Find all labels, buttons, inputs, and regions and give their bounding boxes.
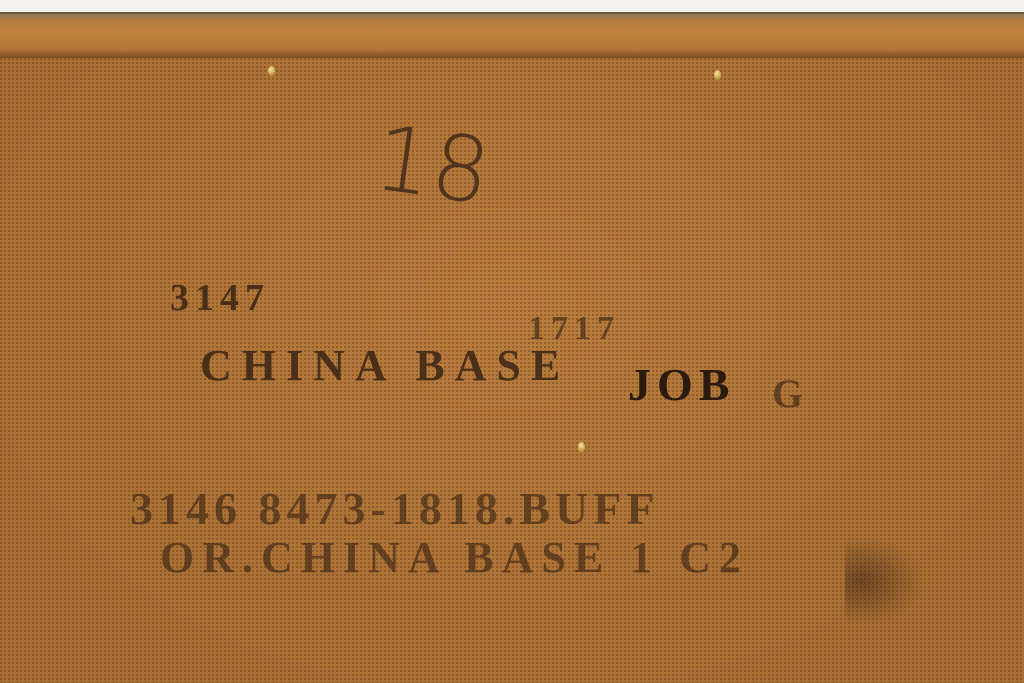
brass-nail — [714, 70, 721, 80]
stencil-lower-line2: OR.CHINA BASE 1 C2 — [160, 532, 749, 583]
stencil-upper-tail: G — [772, 370, 809, 417]
fiberboard-panel: 18 3147 1717 CHINA BASE JOB G 3146 8473-… — [0, 58, 1024, 683]
wooden-top-rail — [0, 12, 1024, 58]
brass-nail — [578, 442, 585, 452]
pencil-number: 18 — [368, 106, 496, 226]
stencil-upper-line1-left: 3147 — [170, 276, 270, 320]
furniture-back: 18 3147 1717 CHINA BASE JOB G 3146 8473-… — [0, 12, 1024, 683]
stencil-upper-job: JOB — [628, 358, 735, 411]
ink-smudge — [845, 536, 925, 626]
stencil-lower-line1: 3146 8473-1818.BUFF — [130, 482, 659, 535]
stencil-upper-line2: CHINA BASE — [200, 340, 570, 391]
brass-nail — [268, 66, 275, 76]
